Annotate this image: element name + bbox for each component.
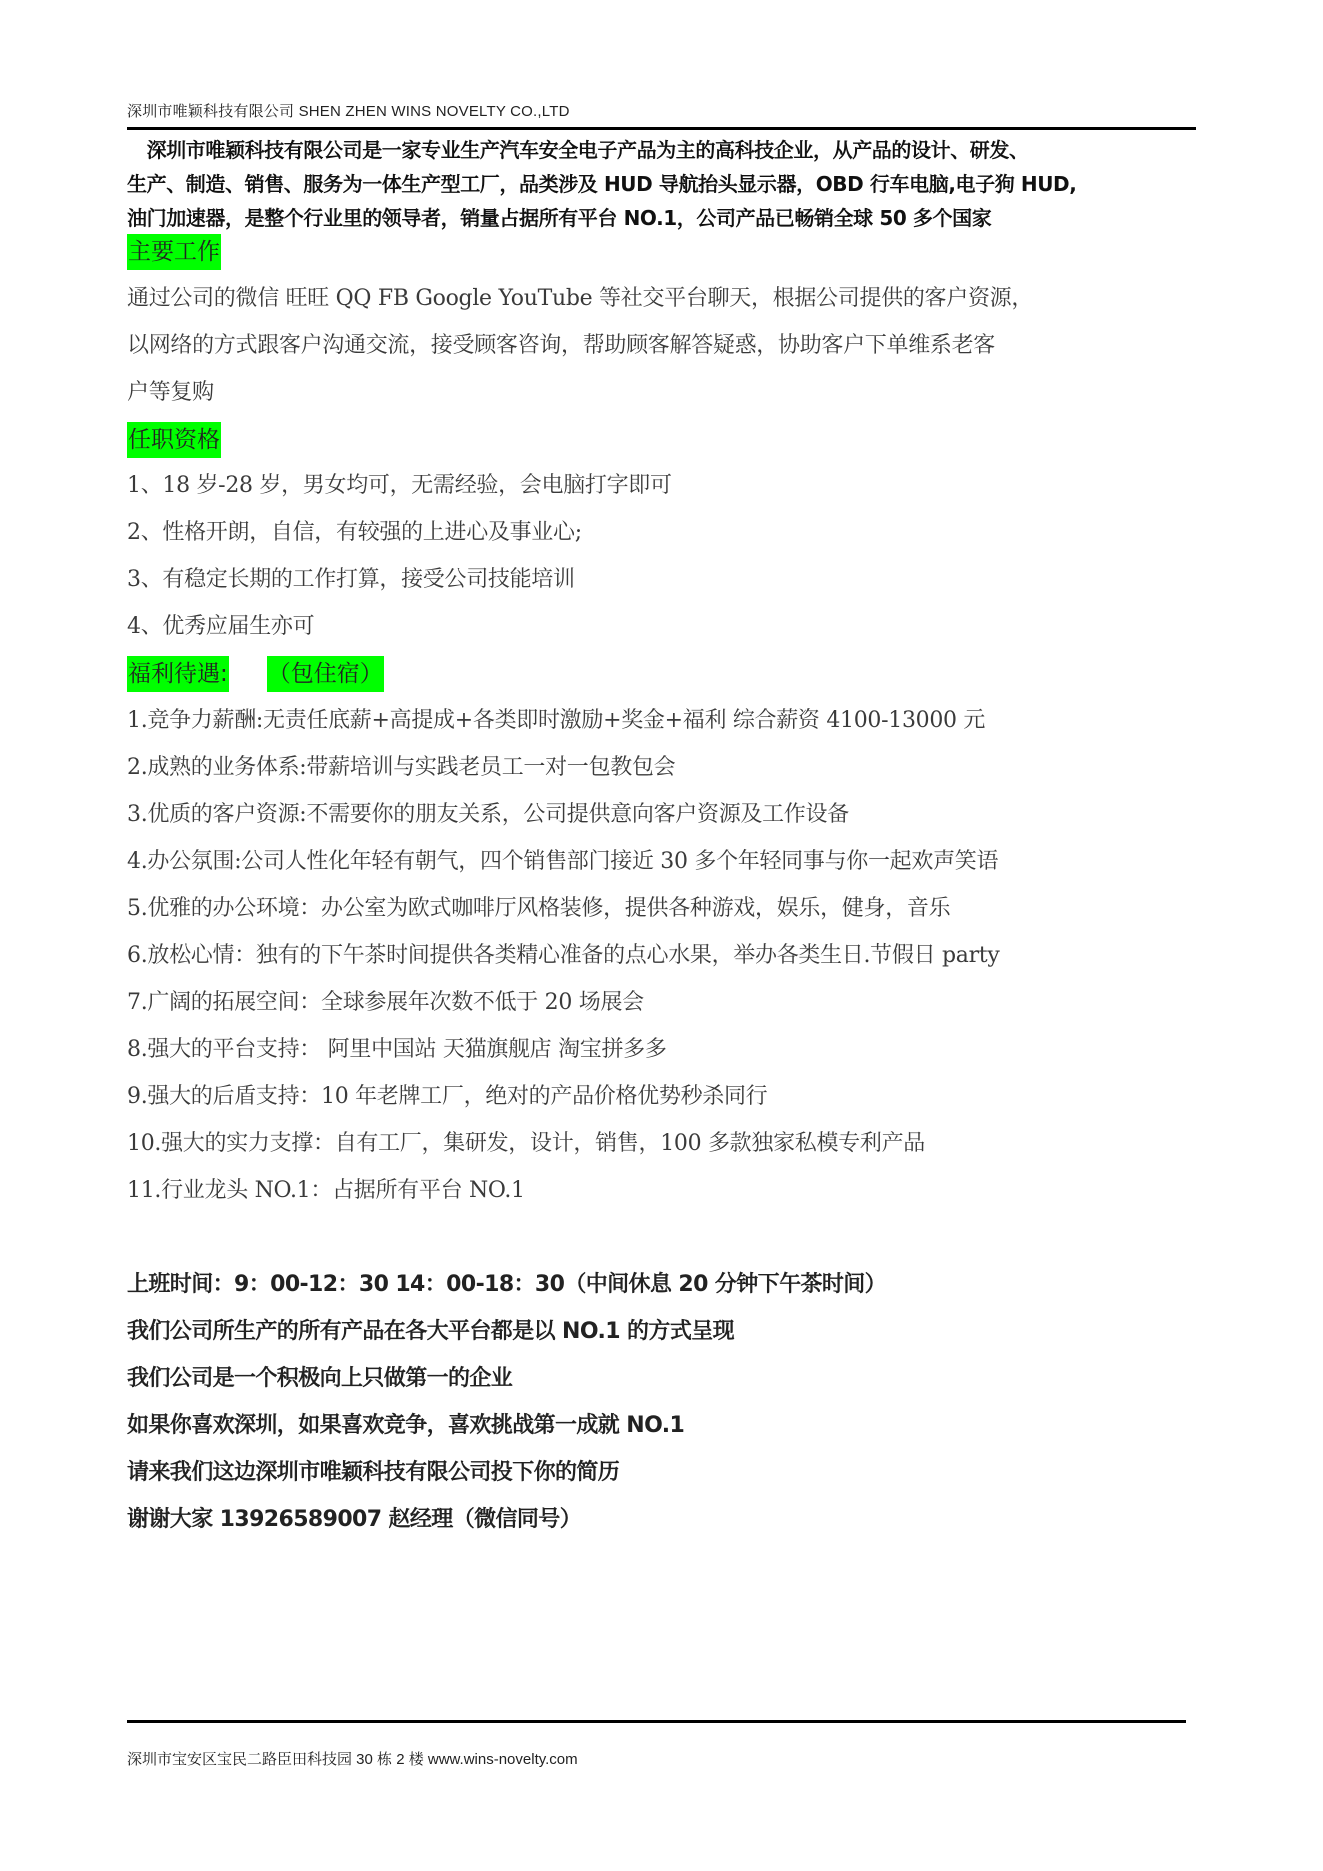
benefit-item: 2.成熟的业务体系:带薪培训与实践老员工一对一包教包会: [127, 753, 675, 783]
section-heading-benefits: 福利待遇:（包住宿）: [127, 656, 384, 692]
benefit-item: 6.放松心情：独有的下午茶时间提供各类精心准备的点心水果，举办各类生日.节假日 …: [127, 941, 999, 971]
section-heading-main-work: 主要工作: [127, 234, 221, 270]
benefit-item: 5.优雅的办公环境：办公室为欧式咖啡厅风格装修，提供各种游戏，娱乐，健身，音乐: [127, 894, 950, 924]
qualification-item: 3、有稳定长期的工作打算，接受公司技能培训: [127, 565, 575, 595]
benefit-item: 3.优质的客户资源:不需要你的朋友关系，公司提供意向客户资源及工作设备: [127, 800, 849, 830]
heading-highlight: 主要工作: [127, 234, 221, 270]
main-work-line: 通过公司的微信 旺旺 QQ FB Google YouTube 等社交平台聊天，…: [127, 284, 1033, 314]
footer-divider: [127, 1720, 1186, 1723]
closing-line: 我们公司所生产的所有产品在各大平台都是以 NO.1 的方式呈现: [127, 1317, 734, 1347]
intro-line: 生产、制造、销售、服务为一体生产型工厂，品类涉及 HUD 导航抬头显示器，OBD…: [127, 167, 1202, 201]
benefit-item: 7.广阔的拓展空间：全球参展年次数不低于 20 场展会: [127, 988, 644, 1018]
closing-line: 我们公司是一个积极向上只做第一的企业: [127, 1364, 512, 1394]
work-hours: 上班时间：9：00-12：30 14：00-18：30（中间休息 20 分钟下午…: [127, 1270, 886, 1300]
benefit-item: 9.强大的后盾支持：10 年老牌工厂，绝对的产品价格优势秒杀同行: [127, 1082, 767, 1112]
footer-address: 深圳市宝安区宝民二路臣田科技园 30 栋 2 楼 www.wins-novelt…: [127, 1748, 578, 1769]
benefit-item: 10.强大的实力支撑：自有工厂，集研发，设计，销售，100 多款独家私模专利产品: [127, 1129, 925, 1159]
intro-line: 油门加速器，是整个行业里的领导者，销量占据所有平台 NO.1，公司产品已畅销全球…: [127, 201, 1202, 235]
main-work-line: 以网络的方式跟客户沟通交流，接受顾客咨询，帮助顾客解答疑惑，协助客户下单维系老客: [127, 331, 995, 361]
intro-line: 深圳市唯颖科技有限公司是一家专业生产汽车安全电子产品为主的高科技企业，从产品的设…: [127, 133, 1202, 167]
qualification-item: 1、18 岁-28 岁，男女均可，无需经验，会电脑打字即可: [127, 471, 672, 501]
company-intro: 深圳市唯颖科技有限公司是一家专业生产汽车安全电子产品为主的高科技企业，从产品的设…: [127, 133, 1202, 235]
benefit-item: 8.强大的平台支持： 阿里中国站 天猫旗舰店 淘宝拼多多: [127, 1035, 667, 1065]
contact-line: 谢谢大家 13926589007 赵经理（微信同号）: [127, 1505, 581, 1535]
qualification-item: 2、性格开朗，自信，有较强的上进心及事业心;: [127, 518, 582, 548]
benefit-item: 4.办公氛围:公司人性化年轻有朝气，四个销售部门接近 30 多个年轻同事与你一起…: [127, 847, 998, 877]
closing-line: 如果你喜欢深圳，如果喜欢竞争，喜欢挑战第一成就 NO.1: [127, 1411, 684, 1441]
main-work-line: 户等复购: [127, 378, 214, 408]
benefit-item: 1.竞争力薪酬:无责任底薪+高提成+各类即时激励+奖金+福利 综合薪资 4100…: [127, 706, 985, 736]
heading-note-highlight: （包住宿）: [267, 656, 384, 692]
closing-line: 请来我们这边深圳市唯颖科技有限公司投下你的简历: [127, 1458, 619, 1488]
heading-highlight: 任职资格: [127, 422, 221, 458]
qualification-item: 4、优秀应届生亦可: [127, 612, 314, 642]
heading-highlight: 福利待遇:: [127, 656, 229, 692]
header-company-name: 深圳市唯颖科技有限公司 SHEN ZHEN WINS NOVELTY CO.,L…: [127, 100, 570, 121]
benefit-item: 11.行业龙头 NO.1：占据所有平台 NO.1: [127, 1176, 525, 1206]
header-divider: [127, 127, 1196, 130]
section-heading-qualifications: 任职资格: [127, 422, 221, 458]
